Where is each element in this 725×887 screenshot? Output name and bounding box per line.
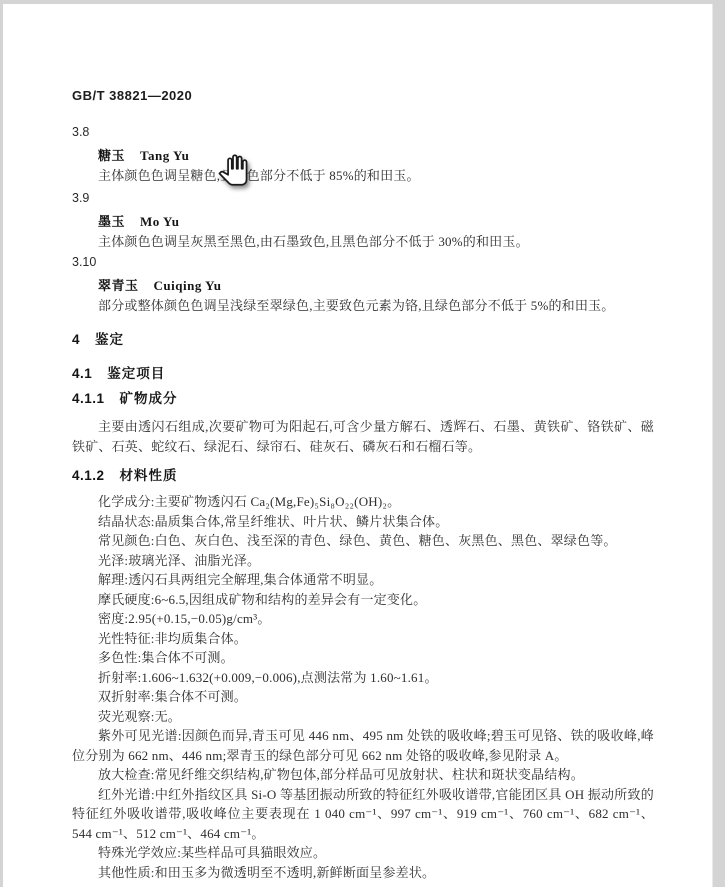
property-paragraph: 解理:透闪石具两组完全解理,集合体通常不明显。 (72, 570, 654, 590)
property-paragraph: 光性特征:非均质集合体。 (72, 629, 654, 649)
property-paragraph: 摩氏硬度:6~6.5,因组成矿物和结构的差异会有一定变化。 (72, 590, 654, 610)
term-chinese: 糖玉 (98, 148, 125, 163)
property-paragraph: 光泽:玻璃光泽、油脂光泽。 (72, 551, 654, 571)
property-paragraph: 红外光谱:中红外指纹区具 Si-O 等基团振动所致的特征红外吸收谱带,官能团区具… (72, 785, 654, 844)
property-paragraph: 折射率:1.606~1.632(+0.009,−0.006),点测法常为 1.6… (72, 668, 654, 688)
definition-paragraph: 主体颜色色调呈灰黑至黑色,由石墨致色,且黑色部分不低于 30%的和田玉。 (72, 232, 654, 252)
clause-number: 3.9 (72, 188, 654, 208)
subclause-heading: 4.1鉴定项目 (72, 364, 654, 384)
heading-title: 鉴定 (95, 332, 124, 347)
heading-title: 矿物成分 (120, 391, 178, 406)
property-paragraph: 结晶状态:晶质集合体,常呈纤维状、叶片状、鳞片状集合体。 (72, 512, 654, 532)
definition-paragraph: 部分或整体颜色色调呈浅绿至翠绿色,主要致色元素为铬,且绿色部分不低于 5%的和田… (72, 296, 654, 316)
property-paragraph: 常见颜色:白色、灰白色、浅至深的青色、绿色、黄色、糖色、灰黑色、黑色、翠绿色等。 (72, 531, 654, 551)
term-chinese: 墨玉 (98, 214, 125, 229)
property-paragraph: 多色性:集合体不可测。 (72, 648, 654, 668)
clause-number: 3.8 (72, 122, 654, 142)
subsubclause-heading: 4.1.2材料性质 (72, 466, 654, 486)
clause-number: 3.10 (72, 252, 654, 272)
term-chinese: 翠青玉 (98, 278, 139, 293)
body-paragraph: 主要由透闪石组成,次要矿物可为阳起石,可含少量方解石、透辉石、石墨、黄铁矿、铬铁… (72, 417, 654, 457)
heading-number: 4 (72, 330, 80, 350)
term-heading: 墨玉Mo Yu (72, 212, 654, 232)
standard-number-header: GB/T 38821—2020 (72, 86, 713, 106)
property-paragraph: 荧光观察:无。 (72, 707, 654, 727)
clause-heading: 4鉴定 (72, 330, 654, 350)
heading-number: 4.1.1 (72, 389, 105, 409)
property-paragraph: 特殊光学效应:某些样品可具猫眼效应。 (72, 843, 654, 863)
term-pinyin: Mo Yu (140, 214, 179, 229)
subsubclause-heading: 4.1.1矿物成分 (72, 389, 654, 409)
property-paragraph: 化学成分:主要矿物透闪石 Ca₂(Mg,Fe)₅Si₈O₂₂(OH)₂。 (72, 492, 654, 512)
heading-number: 4.1 (72, 364, 92, 384)
property-paragraph: 密度:2.95(+0.15,−0.05)g/cm³。 (72, 609, 654, 629)
property-paragraph: 其他性质:和田玉多为微透明至不透明,新鲜断面呈参差状。 (72, 863, 654, 883)
definition-paragraph: 主体颜色色调呈糖色,且糖色部分不低于 85%的和田玉。 (72, 166, 654, 186)
term-pinyin: Tang Yu (140, 148, 189, 163)
property-paragraph: 双折射率:集合体不可测。 (72, 687, 654, 707)
term-heading: 翠青玉Cuiqing Yu (72, 276, 654, 296)
term-heading: 糖玉Tang Yu (72, 146, 654, 166)
property-paragraph: 紫外可见光谱:因颜色而异,青玉可见 446 nm、495 nm 处铁的吸收峰;碧… (72, 726, 654, 765)
property-paragraph: 放大检查:常见纤维交织结构,矿物包体,部分样品可见放射状、柱状和斑状变晶结构。 (72, 765, 654, 785)
heading-number: 4.1.2 (72, 466, 105, 486)
document-content: 3.8糖玉Tang Yu主体颜色色调呈糖色,且糖色部分不低于 85%的和田玉。3… (3, 122, 713, 882)
term-pinyin: Cuiqing Yu (154, 278, 222, 293)
heading-title: 材料性质 (120, 468, 178, 483)
heading-title: 鉴定项目 (107, 366, 165, 381)
document-page: GB/T 38821—2020 3.8糖玉Tang Yu主体颜色色调呈糖色,且糖… (3, 4, 713, 887)
